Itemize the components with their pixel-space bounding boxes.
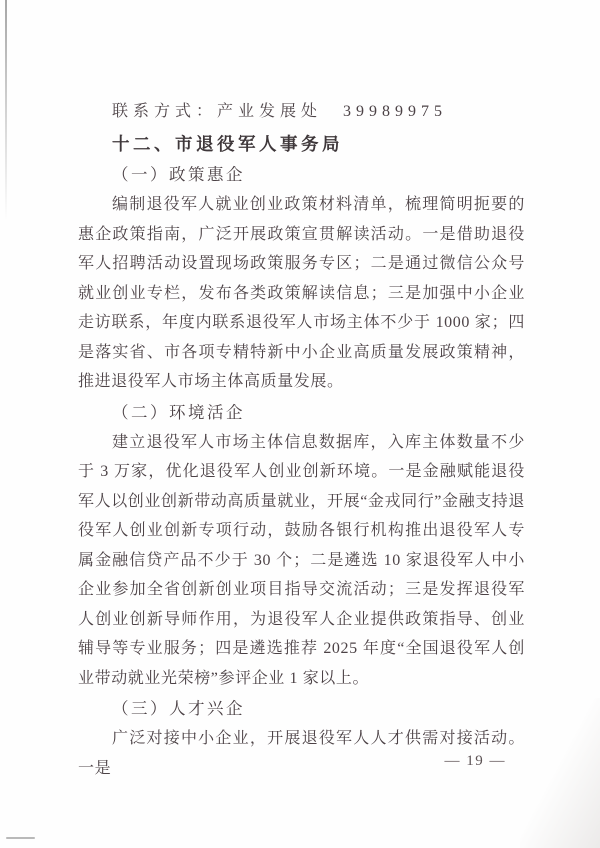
- subsection-1-heading: （一）政策惠企: [78, 160, 525, 190]
- document-page: 联系方式：产业发展处 39989975 十二、市退役军人事务局 （一）政策惠企 …: [0, 0, 600, 848]
- contact-line: 联系方式：产业发展处 39989975: [78, 97, 525, 127]
- subsection-2-paragraph: 建立退役军人市场主体信息数据库，入库主体数量不少于 3 万家，优化退役军人创业创…: [78, 428, 525, 694]
- scan-artifact-left-edge-line: [5, 0, 7, 240]
- document-content: 联系方式：产业发展处 39989975 十二、市退役军人事务局 （一）政策惠企 …: [78, 97, 525, 783]
- scan-artifact-corner-shadow: [520, 698, 600, 848]
- subsection-3-heading: （三）人才兴企: [78, 694, 525, 724]
- scan-artifact-bottom-left-mark: [6, 837, 35, 839]
- subsection-2-heading: （二）环境活企: [78, 398, 525, 428]
- section-heading: 十二、市退役军人事务局: [78, 129, 525, 159]
- page-number: — 19 —: [445, 753, 507, 770]
- subsection-1-paragraph: 编制退役军人就业创业政策材料清单，梳理简明扼要的惠企政策指南，广泛开展政策宣贯解…: [78, 190, 525, 397]
